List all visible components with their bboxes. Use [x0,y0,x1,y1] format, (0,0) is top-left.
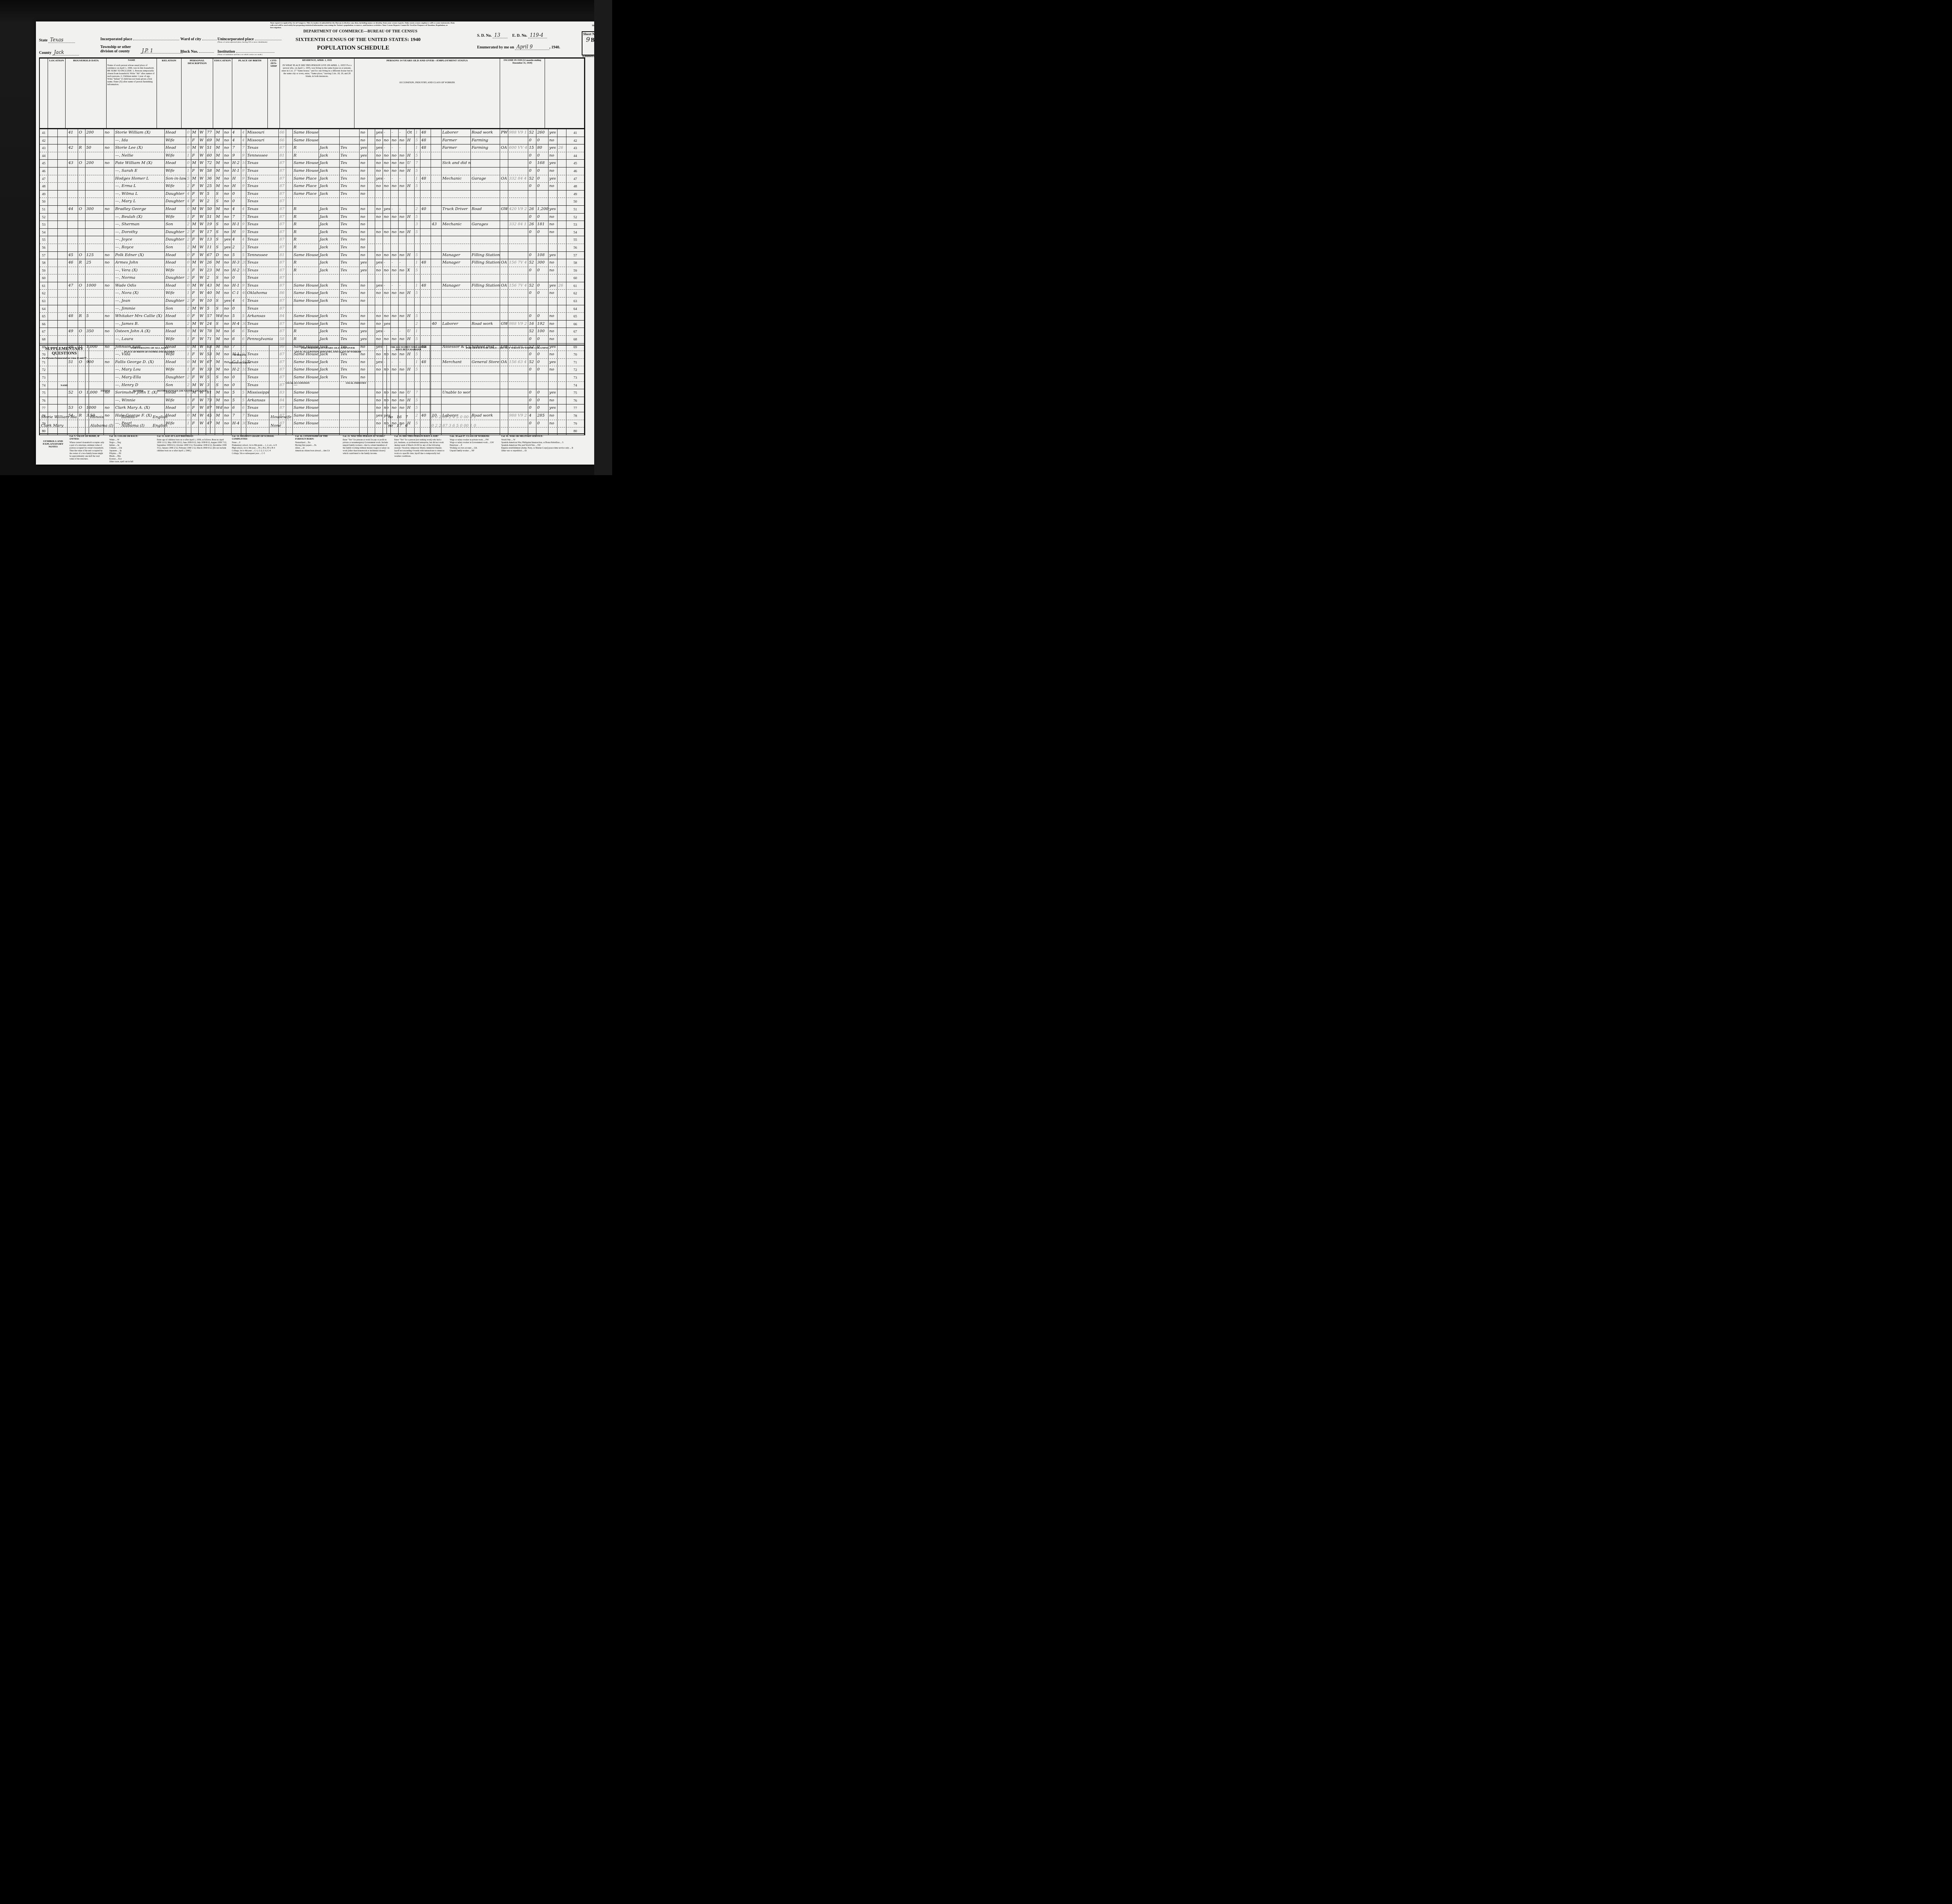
cell-w25 [406,305,415,313]
cell-r17: R [293,144,319,152]
cell-h26 [420,160,431,167]
cell-f: 988 V9 1 [508,129,528,137]
cell-oth [549,198,557,205]
cell-line: 63 [40,297,48,305]
cell-farmno [557,160,566,167]
cell-w25: H [406,152,415,160]
cell-b: 9 [241,175,246,183]
cell-wk: 52 [528,175,536,183]
table-row: 63—, JeanDaughter2FW10Syes44Texas87Same … [40,297,584,305]
cell-inc [536,198,549,205]
cell-house [58,229,68,236]
cell-rel: Head [165,160,186,167]
cell-wk: 0 [528,137,536,144]
cell-occ: Farmer [442,137,471,144]
cell-hh [68,137,78,144]
cell-line-right: 44 [566,152,584,160]
cell-hh [68,229,78,236]
cell-race: W [199,259,206,267]
cell-r18: Jack [319,236,340,244]
cell-occ: Truck Driver [442,206,471,213]
cell-own [78,236,85,244]
cell-val: 350 [85,328,104,335]
cell-d27 [431,336,442,343]
cell-dd [368,183,375,190]
cell-sex: F [191,191,199,198]
cell-rel: Daughter [165,297,186,305]
cell-sch: no [223,336,232,343]
cell-inc: 0 [536,229,549,236]
cell-c: 87 [279,221,286,228]
table-row: 4141O200noStorie William (X)Head0MW77Mno… [40,129,584,137]
cell-c: 66 [279,137,286,144]
cell-rel: Son [165,321,186,328]
cell-ind [471,336,500,343]
cell-line-right: 41 [566,129,584,137]
cell-age: 51 [206,144,215,152]
cell-sch: no [223,152,232,160]
cell-d27 [431,160,442,167]
cell-occ [442,214,471,221]
cell-mar: M [215,259,223,267]
cell-a: 0 [186,252,191,259]
cell-hh [68,191,78,198]
table-row: 56—, RoyceSon2MW11Syes22Texas87RJackTexn… [40,244,584,252]
table-row: 48—, Erma LWife2FW25MnoH9Texas87Same Pla… [40,183,584,191]
cell-wk [528,191,536,198]
cell-w24: no [399,160,406,167]
cell-sch: no [223,267,232,274]
table-row: 66—, James B.Son2MW24SnoH-430Texas87Same… [40,321,584,328]
cell-r18: Jack [319,229,340,236]
cell-w21 [375,297,383,305]
cell-h26 [420,244,431,251]
cell-e [415,244,420,251]
cell-w25: Ot [406,129,415,137]
cell-val: 300 [85,206,104,213]
cell-cit [286,236,293,244]
cell-ind [471,236,500,244]
cell-w25: H [406,313,415,320]
cell-name: —, Joyce [114,236,165,244]
cell-cit [286,152,293,160]
cell-cit [286,183,293,190]
cell-h26: 48 [420,259,431,267]
cell-ind: Filling Station [471,252,500,259]
cell-cit [286,137,293,144]
cell-farmno [557,236,566,244]
cell-b: 30 [241,321,246,328]
cell-inc: 0 [536,152,549,160]
cell-farmno [557,305,566,313]
table-row: 62—, Nora (X)Wife1FW40MnoC-140Oklahoma86… [40,290,584,297]
cell-sch: no [223,198,232,205]
cell-r17: R [293,236,319,244]
cell-own [78,221,85,228]
cell-hh [68,152,78,160]
cell-house [58,198,68,205]
ward-field: Ward of city [180,37,217,41]
cell-wk: 0 [528,336,536,343]
cell-f: 600 VV 4 [508,144,528,152]
cell-farm: no [104,160,114,167]
cell-mar: Wd [215,313,223,320]
cell-h26 [420,152,431,160]
table-row: 4543O200noPate William M (X)Head0MW72Mno… [40,160,584,167]
cell-sex: F [191,229,199,236]
cell-d27 [431,282,442,290]
cell-ind [471,183,500,190]
cell-ind [471,305,500,313]
cell-c: 87 [279,206,286,213]
cell-sex: F [191,252,199,259]
cell-occ [442,244,471,251]
cell-street [48,252,58,259]
cell-w23: no [391,336,399,343]
cell-hh: 48 [68,313,78,320]
cell-d27 [431,129,442,137]
cell-gr: 7 [232,144,241,152]
cell-own [78,305,85,313]
cell-inc: 0 [536,137,549,144]
county-field: County Jack [39,50,79,55]
cell-f [508,267,528,274]
cell-gr: 5 [232,252,241,259]
cell-ind: Farming [471,144,500,152]
cell-occ: Mechanic [442,175,471,183]
cell-occ: Laborer [442,321,471,328]
cell-hh [68,305,78,313]
cell-d27 [431,167,442,175]
supp-name-42: Storie William Ida [40,415,89,424]
cell-cit [286,214,293,221]
cell-house [58,274,68,282]
cell-birth: Texas [246,321,279,328]
cell-farmno [557,267,566,274]
cell-race: W [199,214,206,221]
cell-rel: Wife [165,137,186,144]
cell-cit [286,274,293,282]
cell-ind [471,191,500,198]
cell-w22: - [383,175,391,183]
cell-r19: Tex [340,167,360,175]
cell-mar: S [215,297,223,305]
cell-r20: no [360,282,368,290]
cell-c: 87 [279,214,286,221]
cell-race: W [199,175,206,183]
note-item: Elementary school, 1st to 8th grade ... … [232,444,290,447]
cell-line: 66 [40,321,48,328]
cell-ind [471,290,500,297]
cell-a: 1 [186,290,191,297]
cell-d27 [431,244,442,251]
cell-val [85,305,104,313]
cell-r18: Jack [319,175,340,183]
cell-r17: Same House [293,137,319,144]
cell-r20: no [360,214,368,221]
cell-r20: no [360,290,368,297]
cell-mar: M [215,160,223,167]
cell-cit [286,297,293,305]
cell-e: 5 [415,214,420,221]
cell-w21 [375,305,383,313]
cell-h26 [420,321,431,328]
cell-inc: 0 [536,214,549,221]
cell-birth: Missouri [246,129,279,137]
cell-cit [286,252,293,259]
cell-house [58,328,68,335]
cell-e [415,297,420,305]
cell-b: 6 [241,336,246,343]
cell-r19: Tex [340,328,360,335]
cell-r20: no [360,229,368,236]
cell-oth: no [549,290,557,297]
cell-street [48,297,58,305]
cell-w23 [391,198,399,205]
cell-c: 87 [279,267,286,274]
cell-street [48,236,58,244]
cell-gr: 9 [232,152,241,160]
header-line-no-right [545,59,584,128]
cell-sch: no [223,129,232,137]
note-item: Wage or salary worker in private work ..… [450,439,497,442]
cell-w24: no [399,137,406,144]
cell-a: 2 [186,229,191,236]
cell-birth: Texas [246,274,279,282]
cell-cit [286,160,293,167]
cell-occ [442,167,471,175]
cell-w22: no [383,336,391,343]
cell-wk: 0 [528,313,536,320]
cell-r20: yes [360,152,368,160]
cell-w24: - [399,175,406,183]
cell-name: —, Ida [114,137,165,144]
cell-w24: - [399,328,406,335]
cell-line-right: 43 [566,144,584,152]
supp-row-42-parents: IllinoisIllinoisEnglish [89,415,210,424]
cell-farmno [557,336,566,343]
cell-line-right: 45 [566,160,584,167]
cell-ind: Farming [471,137,500,144]
cell-r19: Tex [340,152,360,160]
cell-line: 44 [40,152,48,160]
cell-street [48,259,58,267]
cell-hh [68,236,78,244]
cell-h26 [420,191,431,198]
cell-val [85,167,104,175]
cell-farm [104,175,114,183]
header-household: HOUSEHOLD DATA [66,59,107,128]
cell-line-right: 57 [566,252,584,259]
cell-line: 59 [40,267,48,274]
cell-a: 1 [186,137,191,144]
cell-age: 5 [206,191,215,198]
cell-w22 [383,305,391,313]
cell-line-right: 58 [566,259,584,267]
cell-wk: 16 [528,321,536,328]
cell-a: 4 [186,198,191,205]
cell-street [48,328,58,335]
schedule-title: POPULATION SCHEDULE [317,45,389,52]
cell-d27 [431,305,442,313]
cell-w23: - [391,328,399,335]
cell-w25: U [406,160,415,167]
cell-w24 [399,305,406,313]
cell-r20: no [360,191,368,198]
cell-r20: no [360,236,368,244]
cell-oth: no [549,336,557,343]
cell-street [48,198,58,205]
cell-line: 57 [40,252,48,259]
cell-sex: F [191,267,199,274]
table-row: 60—, NormaDaughter2FW2Sno0Texas8760 [40,274,584,282]
cell-a: 2 [186,236,191,244]
cell-r20: no [360,321,368,328]
cell-w23 [391,236,399,244]
cell-line: 67 [40,328,48,335]
cell-d27 [431,236,442,244]
note-item: Unpaid family worker ... NP [450,450,497,452]
cell-w24 [399,198,406,205]
cell-hh: 46 [68,259,78,267]
census-title: SIXTEENTH CENSUS OF THE UNITED STATES: 1… [296,36,420,43]
cell-ind [471,274,500,282]
cell-w23 [391,221,399,228]
cell-line-right: 52 [566,214,584,221]
cell-farmno [557,259,566,267]
cell-w22 [383,191,391,198]
cell-cls [500,244,508,251]
cell-dd [368,297,375,305]
cell-name: Osteen John A (X) [114,328,165,335]
cell-d27 [431,175,442,183]
cell-wk: 26 [528,206,536,213]
header-line-no [40,59,48,128]
cell-dd [368,313,375,320]
cell-w25: U [406,328,415,335]
cell-w24: no [399,252,406,259]
cell-dd [368,321,375,328]
note-item: None ... 0 [232,442,290,444]
cell-farmno: 26 [557,144,566,152]
cell-oth: no [549,313,557,320]
cell-e: 1 [415,144,420,152]
cell-name: —, Jimmie [114,305,165,313]
cell-rel: Daughter [165,198,186,205]
cell-oth: no [549,221,557,228]
cell-w22: - [383,259,391,267]
cell-age: 23 [206,267,215,274]
cell-name: —, Nellie [114,152,165,160]
cell-val [85,321,104,328]
cell-line-right: 60 [566,274,584,282]
cell-val [85,198,104,205]
cell-cit [286,305,293,313]
note-item: Regular establishment (Army, Navy, or Ma… [501,447,581,450]
cell-line-right: 46 [566,167,584,175]
cell-own: O [78,206,85,213]
cell-gr: H-2 [232,267,241,274]
cell-b: 9 [241,221,246,228]
cell-val [85,221,104,228]
cell-wk [528,305,536,313]
cell-f [508,236,528,244]
cell-farm [104,137,114,144]
cell-line-right: 65 [566,313,584,320]
cell-oth: no [549,183,557,190]
cell-r18: Jack [319,328,340,335]
cell-r18: Jack [319,144,340,152]
ed-field: E. D. No. 119-4 [512,32,547,38]
cell-farm [104,183,114,190]
cell-ind [471,267,500,274]
cell-own [78,290,85,297]
cell-cls [500,305,508,313]
cell-r19: Tex [340,297,360,305]
cell-inc: 181 [536,221,549,228]
cell-street [48,305,58,313]
cell-w22: - [383,129,391,137]
cell-b: 5 [241,252,246,259]
cell-w25 [406,321,415,328]
cell-val: 200 [85,160,104,167]
cell-w24: no [399,167,406,175]
cell-name: Pate William M (X) [114,160,165,167]
cell-mar: M [215,336,223,343]
cell-w25 [406,244,415,251]
cell-w21: yes [375,144,383,152]
cell-line: 50 [40,198,48,205]
cell-own: R [78,144,85,152]
cell-h26 [420,214,431,221]
cell-e: 5 [415,152,420,160]
cell-b: 6 [241,328,246,335]
note-item: Negro ... Neg [109,442,152,444]
cell-age: 69 [206,137,215,144]
cell-occ [442,152,471,160]
cell-ind: Garages [471,221,500,228]
cell-r18 [319,305,340,313]
cell-r17: Same House [293,313,319,320]
cell-w25: H [406,167,415,175]
institution-field: Institution (Name of institution and lin… [217,50,274,56]
cell-oth: no [549,152,557,160]
cell-farmno [557,244,566,251]
table-row: 68—, LauraWife1FW71Mno66Pennsylvania58RJ… [40,336,584,344]
note-item: Wage or salary worker in Government work… [450,442,497,444]
cell-c: 87 [279,282,286,290]
cell-dd [368,144,375,152]
header-employment: PERSONS 14 YEARS OLD AND OVER—EMPLOYMENT… [354,59,500,128]
cell-cls [500,198,508,205]
cell-c: 87 [279,274,286,282]
cell-mar: M [215,175,223,183]
cell-e: 5 [415,183,420,190]
cell-ind: Garage [471,175,500,183]
cell-w25 [406,297,415,305]
cell-f [508,198,528,205]
cell-race: W [199,236,206,244]
cell-c: 87 [279,259,286,267]
cell-line: 49 [40,191,48,198]
cell-d27 [431,229,442,236]
cell-own: O [78,160,85,167]
cell-a: 0 [186,144,191,152]
cell-dd [368,206,375,213]
cell-f [508,152,528,160]
cell-name: —, Royce [114,244,165,251]
cell-house [58,252,68,259]
